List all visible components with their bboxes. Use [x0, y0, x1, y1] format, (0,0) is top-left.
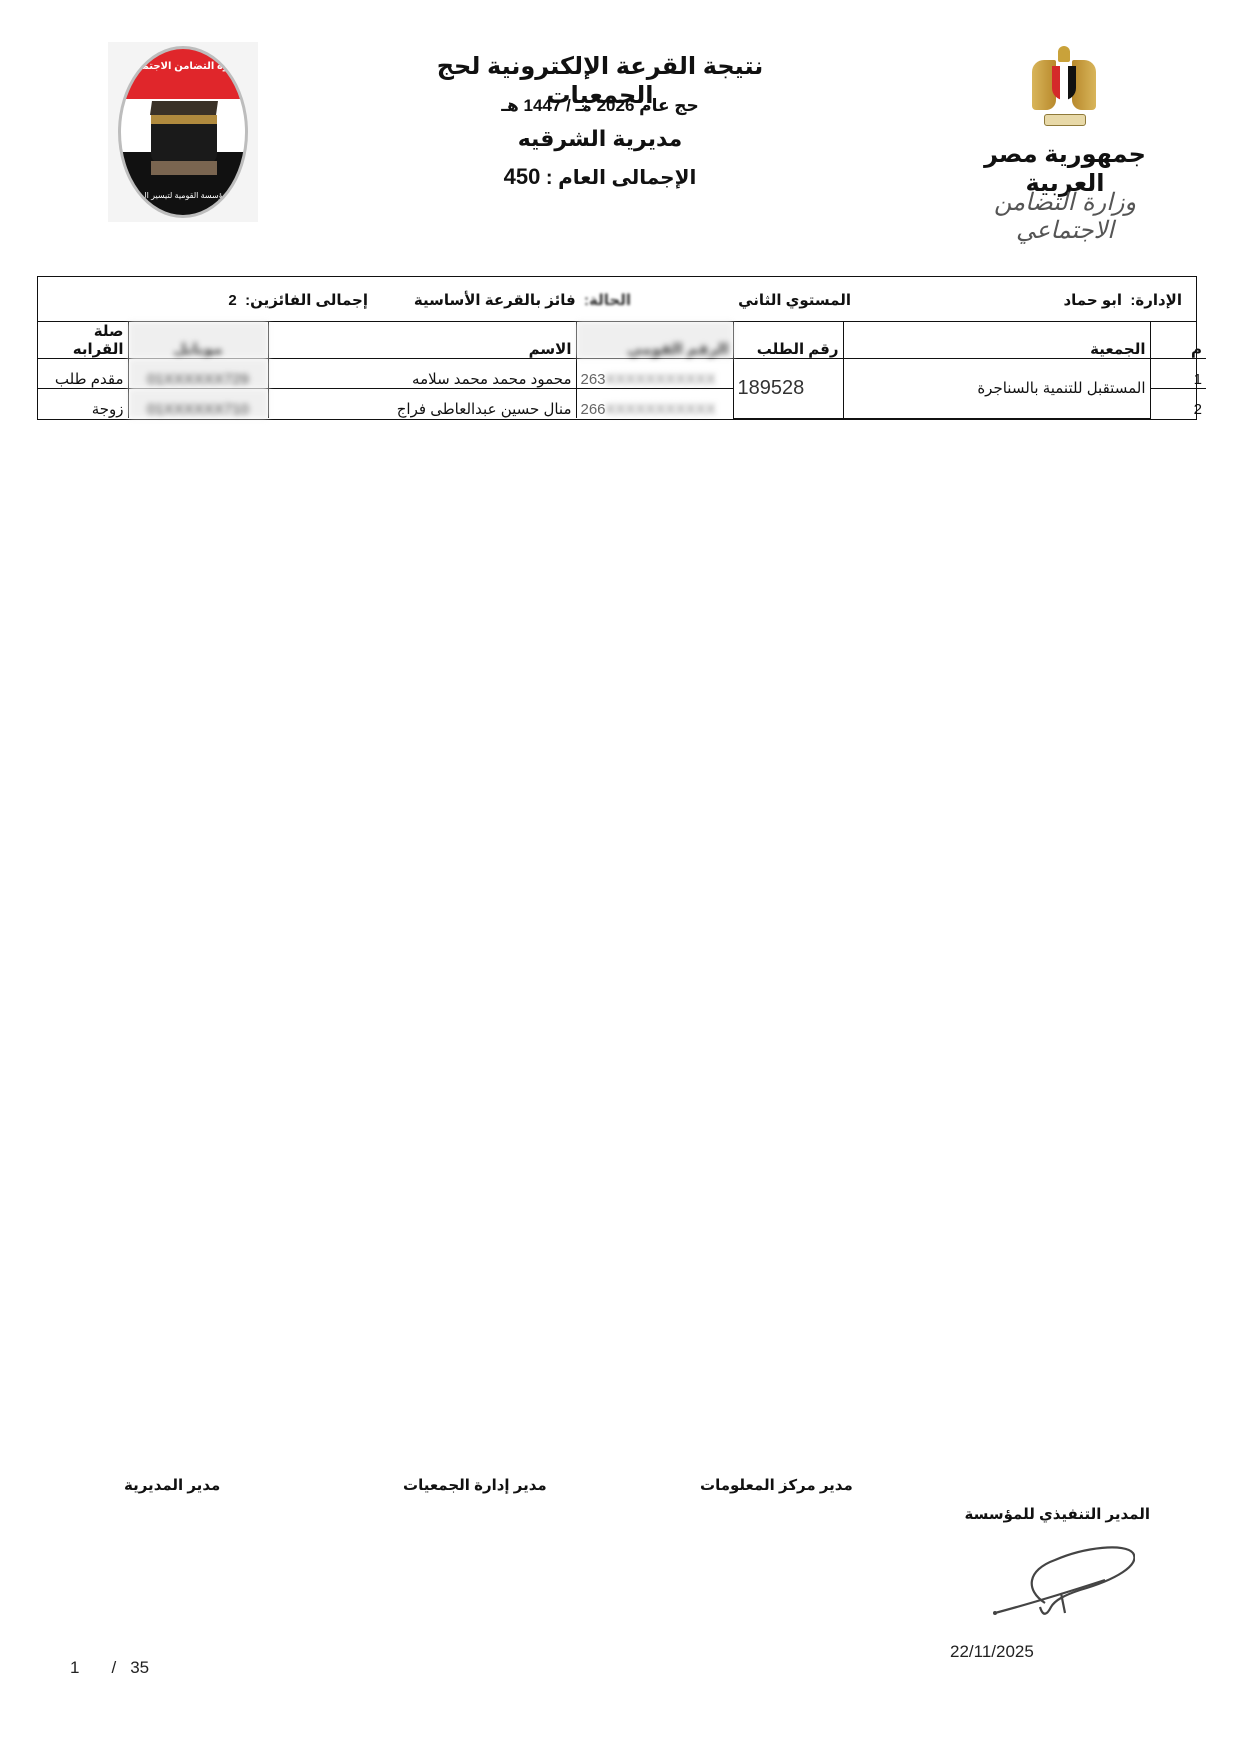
eagle-emblem-icon: [1032, 46, 1096, 130]
national-id-cell: 266XXXXXXXXXXX: [576, 389, 733, 419]
signatory-associations-manager: مدير إدارة الجمعيات: [403, 1476, 547, 1494]
page-total: 35: [130, 1658, 149, 1678]
col-name: الاسم: [268, 322, 576, 359]
name-cell: منال حسين عبدالعاطى فراج: [268, 389, 576, 419]
kaaba-icon: [151, 101, 217, 175]
winners-total-label: إجمالى الفائزين:: [245, 292, 368, 309]
col-request-number: رقم الطلب: [733, 322, 843, 359]
signature-icon: [985, 1535, 1135, 1630]
page-indicator: 1 / 35: [70, 1658, 149, 1678]
info-row: الإدارة: ابو حماد المستوي الثاني الحالة:…: [38, 277, 1196, 322]
administration-value: ابو حماد: [1063, 292, 1122, 309]
row-index: 2: [1150, 389, 1206, 419]
results-frame: الإدارة: ابو حماد المستوي الثاني الحالة:…: [37, 276, 1197, 420]
request-number-cell: 189528: [733, 359, 843, 419]
level: المستوي الثاني: [738, 291, 851, 309]
directorate-name: مديرية الشرقيه: [380, 126, 820, 152]
grand-total-label: الإجمالى العام :: [546, 167, 696, 189]
relation-cell: زوجة: [38, 389, 128, 419]
status: الحالة: فائز بالقرعة الأساسية: [414, 291, 631, 309]
col-relation: صلة القرابه: [38, 322, 128, 359]
hajj-year: حج عام 2026 مـ / 1447 هـ: [380, 96, 820, 116]
winners-total-value: 2: [228, 292, 236, 309]
administration: الإدارة: ابو حماد: [1063, 291, 1182, 309]
name-cell: محمود محمد محمد سلامه: [268, 359, 576, 389]
document-date: 22/11/2025: [950, 1642, 1034, 1662]
winners-table: م الجمعية رقم الطلب الرقم القومي الاسم م…: [38, 322, 1206, 419]
table-row: 1 المستقبل للتنمية بالسناجرة 189528 263X…: [38, 359, 1206, 389]
grand-total-value: 450: [504, 164, 541, 189]
winners-total: إجمالى الفائزين: 2: [228, 291, 368, 309]
grand-total: الإجمالى العام : 450: [380, 164, 820, 190]
association-cell: المستقبل للتنمية بالسناجرة: [843, 359, 1150, 419]
col-index: م: [1150, 322, 1206, 359]
status-label: الحالة:: [584, 292, 631, 309]
mobile-cell: 01XXXXXX729: [128, 359, 268, 389]
relation-cell: مقدم طلب: [38, 359, 128, 389]
page-separator: /: [111, 1658, 116, 1678]
row-index: 1: [1150, 359, 1206, 389]
col-association: الجمعية: [843, 322, 1150, 359]
table-header: م الجمعية رقم الطلب الرقم القومي الاسم م…: [38, 322, 1206, 359]
status-value: فائز بالقرعة الأساسية: [414, 292, 576, 309]
national-id-cell: 263XXXXXXXXXXX: [576, 359, 733, 389]
signatory-directorate-manager: مدير المديرية: [124, 1476, 220, 1494]
executive-director-label: المدير التنفيذي للمؤسسة: [960, 1505, 1150, 1523]
institution-logo: وزارة التضامن الاجتماعي المؤسسة القومية …: [108, 42, 258, 222]
ministry-name: وزارة التضامن الاجتماعي: [960, 188, 1170, 244]
page-current: 1: [70, 1658, 79, 1678]
logo-bottom-text: المؤسسة القومية لتيسير الحج: [121, 191, 245, 200]
logo-top-text: وزارة التضامن الاجتماعي: [121, 61, 245, 72]
col-national-id: الرقم القومي: [576, 322, 733, 359]
signatory-info-center-manager: مدير مركز المعلومات: [700, 1476, 853, 1494]
col-mobile: موبايل: [128, 322, 268, 359]
logo-oval: وزارة التضامن الاجتماعي المؤسسة القومية …: [118, 46, 248, 218]
mobile-cell: 01XXXXXX710: [128, 389, 268, 419]
